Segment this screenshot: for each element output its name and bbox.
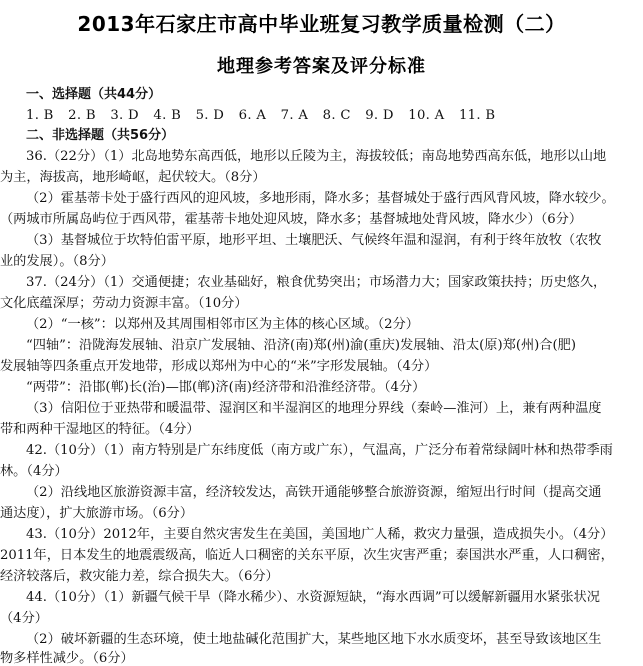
answer-line: 37.（24分）（1）交通便捷；农业基础好，粮食优势突出；市场潜力大；国家政策扶… (0, 274, 643, 291)
answer-9: 9. D (365, 108, 394, 123)
choice-answers: 1. B 2. B 3. D 4. B 5. D 6. A 7. A 8. C … (0, 107, 643, 124)
answer-line: （4分） (0, 610, 643, 627)
answer-1: 1. B (26, 108, 54, 123)
answer-4: 4. B (153, 108, 181, 123)
answer-line: （2）沿线地区旅游资源丰富，经济较发达，高铁开通能够整合旅游资源，缩短出行时间（… (0, 484, 643, 501)
answer-line: 通达度），扩大旅游市场。（6分） (0, 505, 643, 522)
answer-line: 2011年，日本发生的地震震级高，临近人口稠密的关东平原，次生灾害严重；泰国洪水… (0, 547, 643, 564)
answer-7: 7. A (281, 108, 309, 123)
answer-line: 业的发展）。（8分） (0, 253, 643, 270)
answer-line: 44.（10分）（1）新疆气候干旱（降水稀少）、水资源短缺，“海水西调”可以缓解… (0, 589, 643, 606)
answer-3: 3. D (110, 108, 139, 123)
answer-6: 6. A (239, 108, 267, 123)
answer-line: “两带”：沿邯(郸)长(治)—邯(郸)济(南)经济带和沿淮经济带。（4分） (0, 379, 643, 396)
answer-line: 文化底蕴深厚；劳动力资源丰富。（10分） (0, 295, 643, 312)
answer-line: 36.（22分）（1）北岛地势东高西低，地形以丘陵为主，海拔较低；南岛地势西高东… (0, 148, 643, 165)
section-heading-choice: 一、选择题（共44分） (0, 86, 643, 103)
answer-10: 10. A (408, 108, 444, 123)
answer-line: （2）破坏新疆的生态环境，使土地盐碱化范围扩大，某些地区地下水水质变坏，甚至导致… (0, 631, 643, 648)
document-subtitle: 地理参考答案及评分标准 (0, 52, 643, 78)
answer-line: （2）霍基蒂卡处于盛行西风的迎风坡，多地形雨，降水多；基督城处于盛行西风背风坡，… (0, 190, 643, 207)
answer-line: （2）“一核”：以郑州及其周围相邻市区为主体的核心区域。（2分） (0, 316, 643, 333)
section-heading-nonchoice: 二、非选择题（共56分） (0, 127, 643, 144)
answer-line: 为主，海拔高，地形崎岖，起伏较大。（8分） (0, 169, 643, 186)
answer-line: “四轴”：沿陇海发展轴、沿京广发展轴、沿济(南)郑(州)渝(重庆)发展轴、沿太(… (0, 337, 643, 354)
document-title: 2013年石家庄市高中毕业班复习教学质量检测（二） (0, 8, 643, 37)
answer-line: 发展轴等四条重点开发地带，形成以郑州为中心的“米”字形发展轴。（4分） (0, 358, 643, 375)
answer-line: 43.（10分）2012年，主要自然灾害发生在美国，美国地广人稀，救灾力量强，造… (0, 526, 643, 543)
answer-8: 8. C (323, 108, 351, 123)
answer-line: （3）基督城位于坎特伯雷平原，地形平坦、土壤肥沃、气候终年温和湿润，有利于终年放… (0, 232, 643, 249)
answer-line: （两城市所属岛屿位于西风带，霍基蒂卡地处迎风坡，降水多；基督城地处背风坡，降水少… (0, 211, 643, 228)
answer-line: 带和两种干湿地区的特征。（4分） (0, 421, 643, 438)
answer-line: 物多样性减少。（6分） (0, 650, 643, 666)
answer-line: （3）信阳位于亚热带和暖温带、湿润区和半湿润区的地理分界线（秦岭—淮河）上，兼有… (0, 400, 643, 417)
answer-2: 2. B (68, 108, 96, 123)
answer-line: 经济较落后，救灾能力差，综合损失大。（6分） (0, 568, 643, 585)
answer-line: 林。（4分） (0, 463, 643, 480)
answer-line: 42.（10分）（1）南方特别是广东纬度低（南方或广东），气温高，广泛分布着常绿… (0, 442, 643, 459)
answer-11: 11. B (459, 108, 495, 123)
answer-5: 5. D (196, 108, 225, 123)
